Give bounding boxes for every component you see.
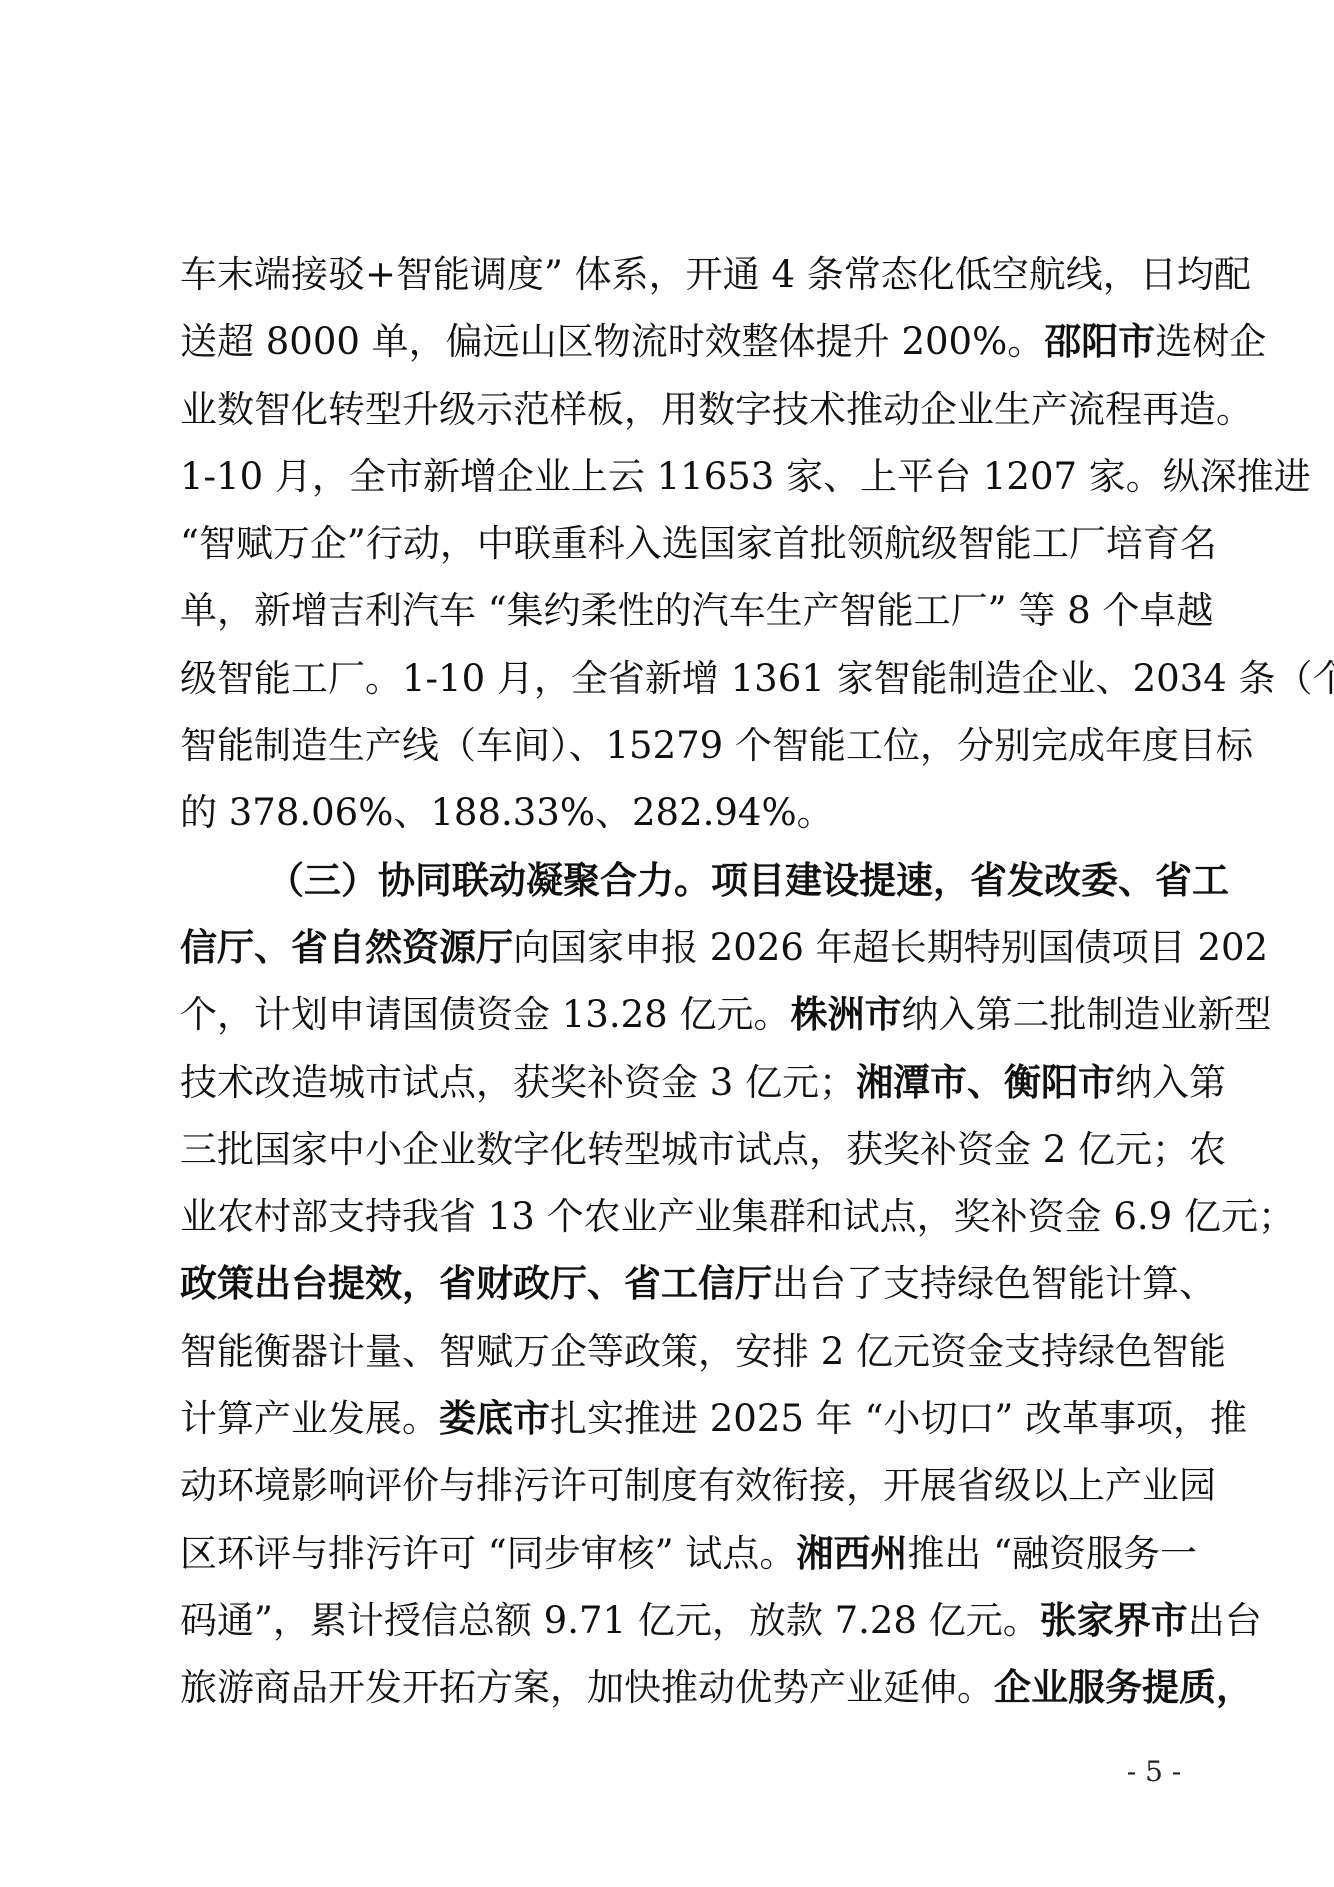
text-segment: 的 378.06%、188.33%、282.94%。 — [180, 791, 834, 834]
bold-agency-names: 信厅、省自然资源厅 — [180, 926, 513, 969]
text-segment: 推出 “融资服务一 — [907, 1532, 1197, 1575]
text-segment: 1-10 月，全市新增企业上云 11653 家、上平台 1207 家。纵深推进 — [180, 455, 1311, 498]
bold-city-name: 娄底市 — [439, 1397, 550, 1440]
text-line-14: 三批国家中小企业数字化转型城市试点，获奖补资金 2 亿元；农 — [180, 1116, 1193, 1183]
text-segment: 动环境影响评价与排污许可制度有效衔接，开展省级以上产业园 — [180, 1464, 1216, 1507]
text-line-4: 1-10 月，全市新增企业上云 11653 家、上平台 1207 家。纵深推进 — [180, 443, 1193, 510]
text-segment: 纳入第 — [1115, 1061, 1226, 1104]
text-segment: 智能衡器计量、智赋万企等政策，安排 2 亿元资金支持绿色智能 — [180, 1330, 1226, 1373]
text-line-22: 旅游商品开发开拓方案，加快推动优势产业延伸。企业服务提质， — [180, 1654, 1193, 1721]
text-line-5: “智赋万企”行动，中联重科入选国家首批领航级智能工厂培育名 — [180, 510, 1193, 577]
body-text: 车末端接驳+智能调度” 体系，开通 4 条常态化低空航线，日均配 送超 8000… — [180, 241, 1193, 1722]
text-segment: 车末端接驳+智能调度” 体系，开通 4 条常态化低空航线，日均配 — [180, 253, 1251, 296]
text-line-7: 级智能工厂。1-10 月，全省新增 1361 家智能制造企业、2034 条（个） — [180, 645, 1193, 712]
text-segment: 扎实推进 2025 年 “小切口” 改革事项，推 — [550, 1397, 1247, 1440]
text-segment: 码通”，累计授信总额 9.71 亿元，放款 7.28 亿元。 — [180, 1599, 1040, 1642]
text-segment: 智能制造生产线（车间）、15279 个智能工位，分别完成年度目标 — [180, 724, 1253, 767]
section-heading: （三）协同联动凝聚合力。项目建设提速，省发改委、省工 — [267, 859, 1229, 902]
text-segment: 向国家申报 2026 年超长期特别国债项目 202 — [513, 926, 1268, 969]
text-segment: 出台 — [1188, 1599, 1262, 1642]
text-segment: 业数智化转型升级示范样板，用数字技术推动企业生产流程再造。 — [180, 388, 1253, 431]
text-line-1: 车末端接驳+智能调度” 体系，开通 4 条常态化低空航线，日均配 — [180, 241, 1193, 308]
bold-subheading: 企业服务提质， — [994, 1666, 1253, 1709]
text-segment: 送超 8000 单，偏远山区物流时效整体提升 200%。 — [180, 320, 1044, 363]
text-segment: 纳入第二批制造业新型 — [901, 993, 1271, 1036]
text-segment: 级智能工厂。1-10 月，全省新增 1361 家智能制造企业、2034 条（个） — [180, 657, 1334, 700]
text-line-15: 业农村部支持我省 13 个农业产业集群和试点，奖补资金 6.9 亿元； — [180, 1183, 1193, 1250]
text-line-17: 智能衡器计量、智赋万企等政策，安排 2 亿元资金支持绿色智能 — [180, 1318, 1193, 1385]
text-segment: 计算产业发展。 — [180, 1397, 439, 1440]
text-segment: 三批国家中小企业数字化转型城市试点，获奖补资金 2 亿元；农 — [180, 1128, 1226, 1171]
document-page: 车末端接驳+智能调度” 体系，开通 4 条常态化低空航线，日均配 送超 8000… — [0, 0, 1334, 1887]
text-line-20: 区环评与排污许可 “同步审核” 试点。湘西州推出 “融资服务一 — [180, 1520, 1193, 1587]
text-segment: “智赋万企”行动，中联重科入选国家首批领航级智能工厂培育名 — [180, 522, 1217, 565]
section-heading-line: （三）协同联动凝聚合力。项目建设提速，省发改委、省工 — [180, 847, 1193, 914]
page-number: - 5 - — [1108, 1752, 1200, 1792]
text-line-13: 技术改造城市试点，获奖补资金 3 亿元；湘潭市、衡阳市纳入第 — [180, 1049, 1193, 1116]
text-line-18: 计算产业发展。娄底市扎实推进 2025 年 “小切口” 改革事项，推 — [180, 1385, 1193, 1452]
text-segment: 个，计划申请国债资金 13.28 亿元。 — [180, 993, 790, 1036]
text-line-2: 送超 8000 单，偏远山区物流时效整体提升 200%。邵阳市选树企 — [180, 308, 1193, 375]
text-line-6: 单，新增吉利汽车 “集约柔性的汽车生产智能工厂” 等 8 个卓越 — [180, 577, 1193, 644]
text-line-3: 业数智化转型升级示范样板，用数字技术推动企业生产流程再造。 — [180, 376, 1193, 443]
bold-city-name: 邵阳市 — [1044, 320, 1155, 363]
text-segment: 出台了支持绿色智能计算、 — [772, 1262, 1216, 1305]
text-segment: 选树企 — [1155, 320, 1266, 363]
bold-subheading: 政策出台提效，省财政厅、省工信厅 — [180, 1262, 772, 1305]
text-line-16: 政策出台提效，省财政厅、省工信厅出台了支持绿色智能计算、 — [180, 1250, 1193, 1317]
bold-city-name: 湘西州 — [796, 1532, 907, 1575]
text-line-19: 动环境影响评价与排污许可制度有效衔接，开展省级以上产业园 — [180, 1452, 1193, 1519]
text-line-12: 个，计划申请国债资金 13.28 亿元。株洲市纳入第二批制造业新型 — [180, 981, 1193, 1048]
bold-city-name: 张家界市 — [1040, 1599, 1188, 1642]
text-segment: 区环评与排污许可 “同步审核” 试点。 — [180, 1532, 796, 1575]
text-segment: 业农村部支持我省 13 个农业产业集群和试点，奖补资金 6.9 亿元； — [180, 1195, 1295, 1238]
text-segment: 技术改造城市试点，获奖补资金 3 亿元； — [180, 1061, 856, 1104]
bold-city-name: 湘潭市、衡阳市 — [856, 1061, 1115, 1104]
text-segment: 单，新增吉利汽车 “集约柔性的汽车生产智能工厂” 等 8 个卓越 — [180, 589, 1213, 632]
text-line-9: 的 378.06%、188.33%、282.94%。 — [180, 779, 1193, 846]
text-segment: 旅游商品开发开拓方案，加快推动优势产业延伸。 — [180, 1666, 994, 1709]
bold-city-name: 株洲市 — [790, 993, 901, 1036]
text-line-11: 信厅、省自然资源厅向国家申报 2026 年超长期特别国债项目 202 — [180, 914, 1193, 981]
text-line-8: 智能制造生产线（车间）、15279 个智能工位，分别完成年度目标 — [180, 712, 1193, 779]
text-line-21: 码通”，累计授信总额 9.71 亿元，放款 7.28 亿元。张家界市出台 — [180, 1587, 1193, 1654]
